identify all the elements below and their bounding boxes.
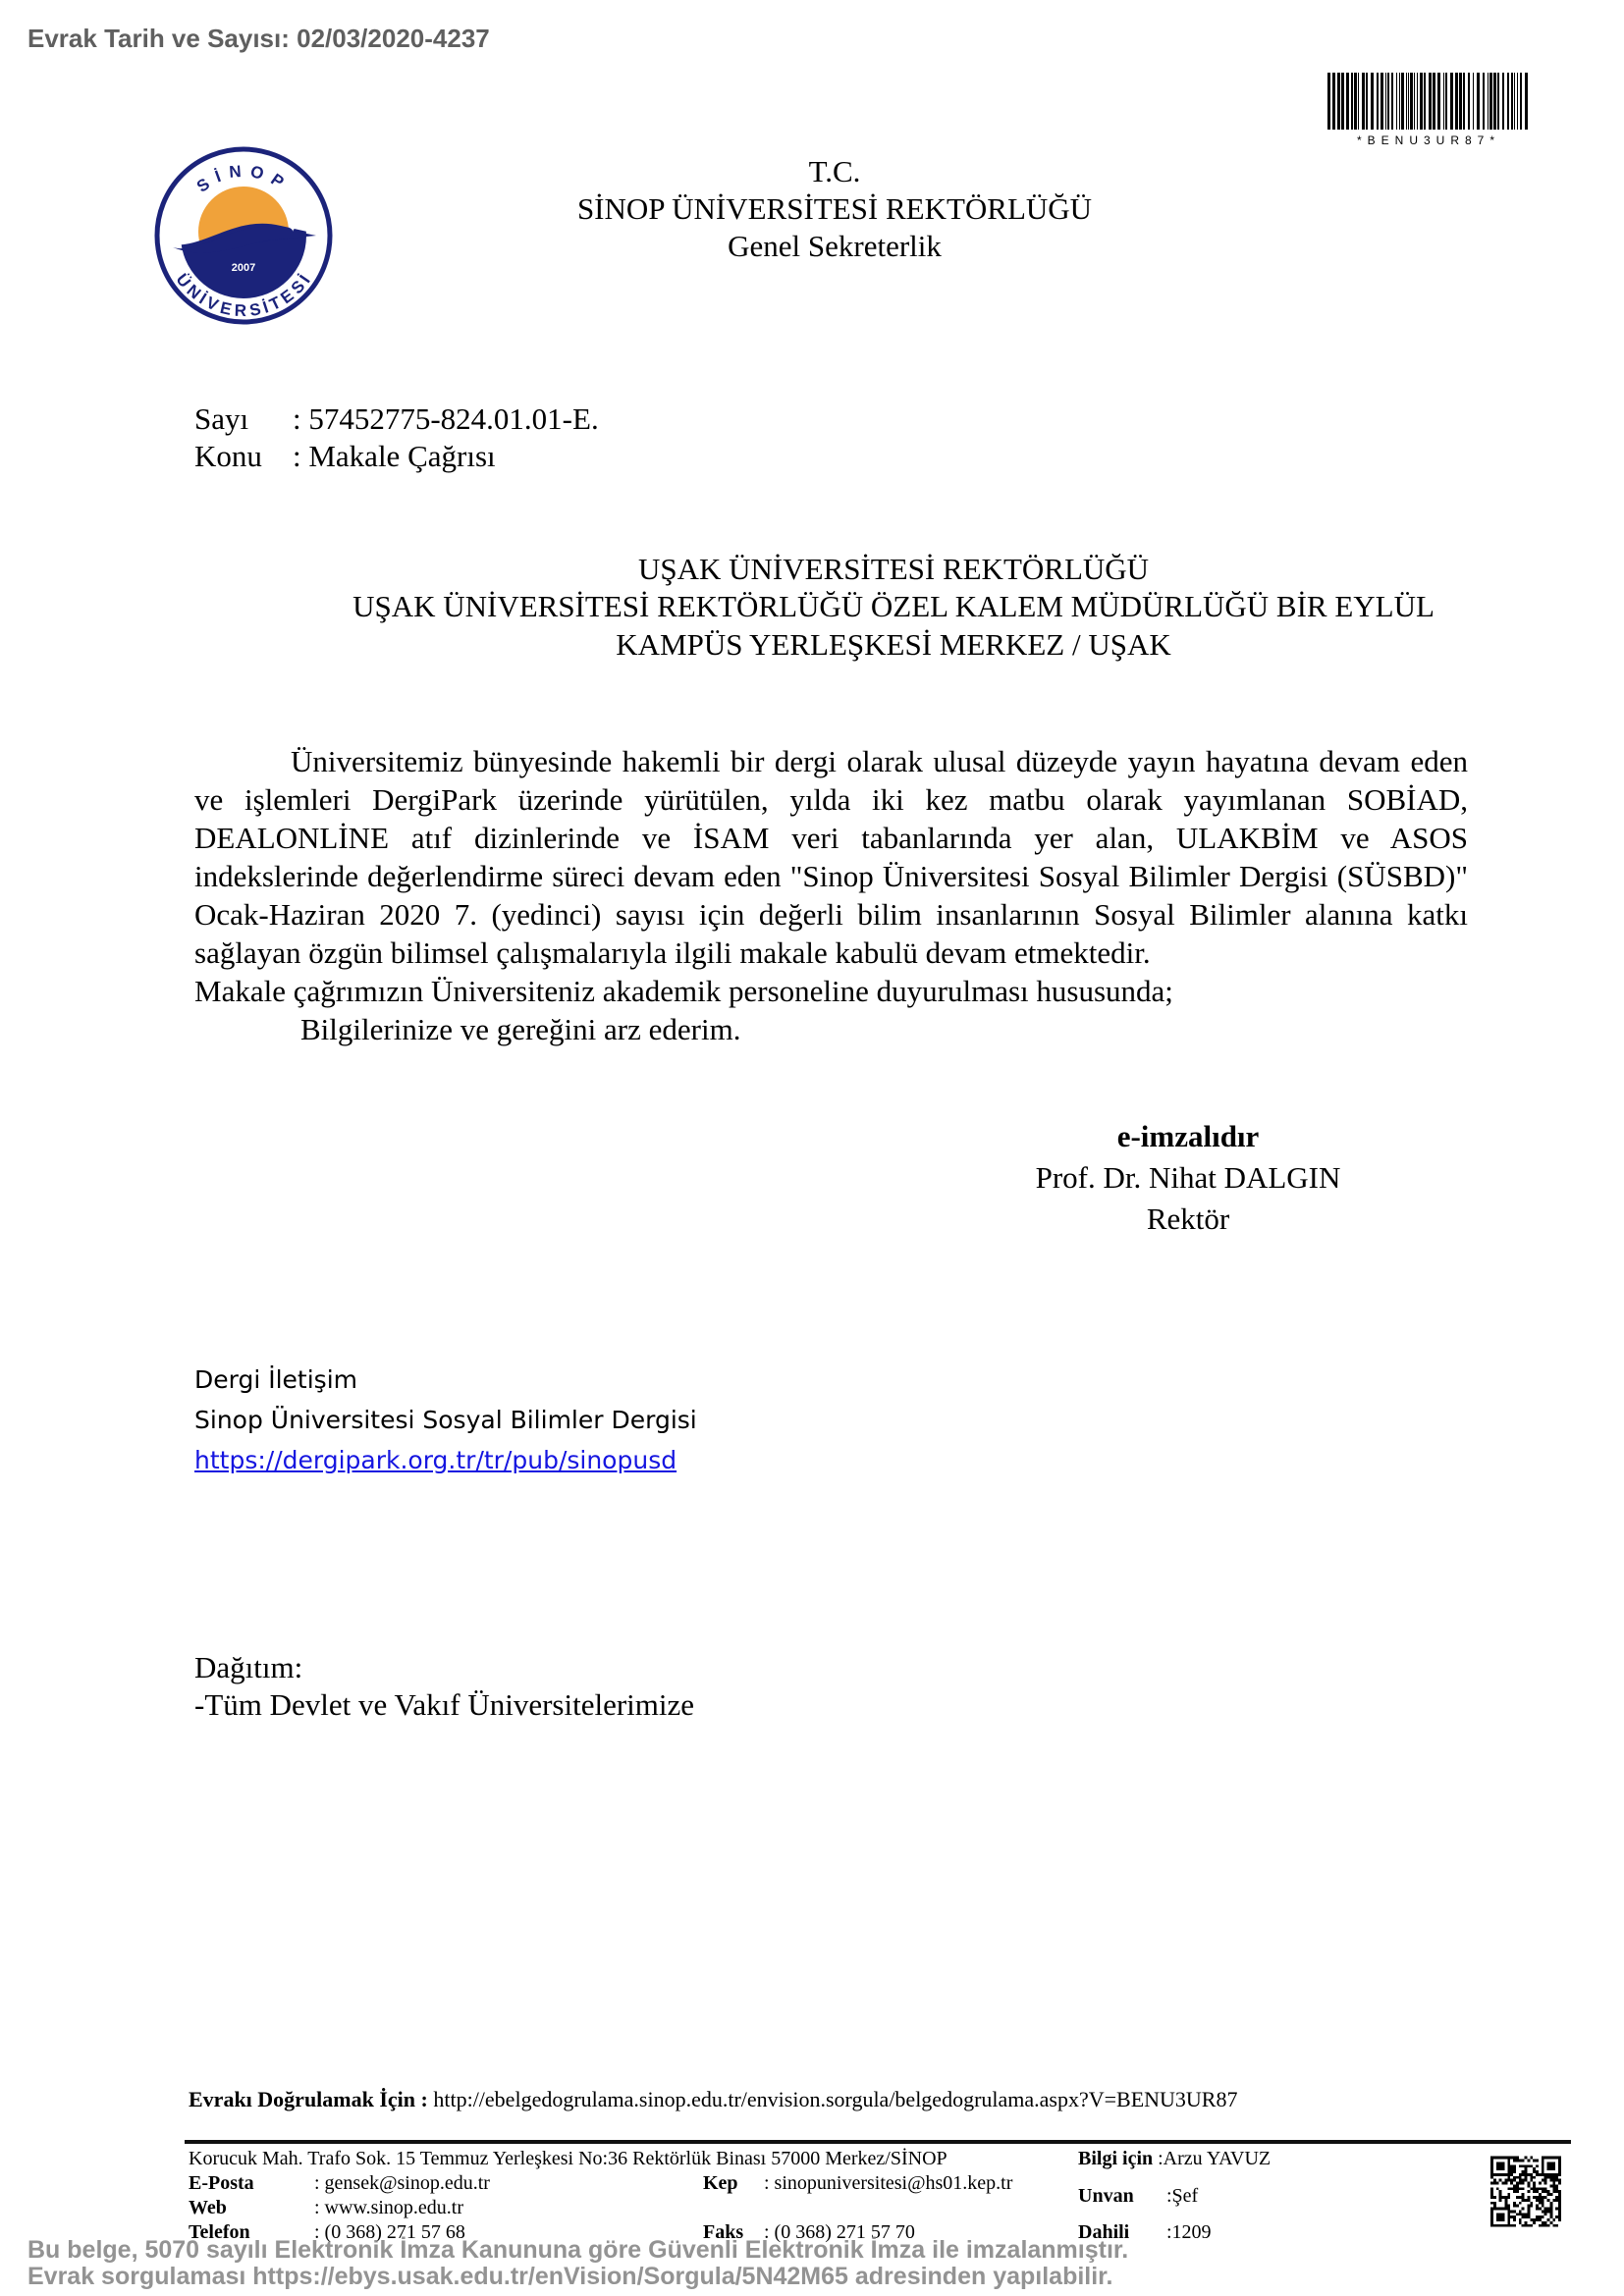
distribution-heading: Dağıtım: xyxy=(194,1649,302,1686)
body-paragraph: Üniversitemiz bünyesinde hakemli bir der… xyxy=(194,742,1468,972)
verification-line: Evrakı Doğrulamak İçin : http://ebelgedo… xyxy=(189,2087,1237,2112)
footer-divider xyxy=(185,2140,1571,2144)
footer-web-value: : www.sinop.edu.tr xyxy=(314,2196,463,2220)
qr-code-icon xyxy=(1490,2156,1561,2236)
footer-info-contact: Bilgi için :Arzu YAVUZ xyxy=(1078,2147,1271,2171)
footer-email-label: E-Posta xyxy=(189,2171,254,2196)
footer-title-label: Unvan xyxy=(1078,2184,1134,2209)
footer-kep-value: : sinopuniversitesi@hs01.kep.tr xyxy=(764,2171,1012,2196)
sayi-label: Sayı xyxy=(194,400,293,438)
document-subject: Konu: Makale Çağrısı xyxy=(194,438,496,475)
e-signature-status: e-imzalıdır xyxy=(982,1116,1394,1157)
recipient-line-1: UŞAK ÜNİVERSİTESİ REKTÖRLÜĞÜ xyxy=(0,551,1624,588)
konu-label: Konu xyxy=(194,438,293,475)
header-tc: T.C. xyxy=(0,153,1624,190)
sayi-value: : 57452775-824.01.01-E. xyxy=(293,401,599,436)
e-signature-watermark-line-2: Evrak sorgulaması https://ebys.usak.edu.… xyxy=(27,2263,1112,2291)
verification-url[interactable]: http://ebelgedogrulama.sinop.edu.tr/envi… xyxy=(433,2087,1237,2111)
signatory-name: Prof. Dr. Nihat DALGIN xyxy=(982,1157,1394,1199)
barcode-icon xyxy=(1326,73,1532,132)
barcode-text: *BENU3UR87* xyxy=(1326,133,1532,147)
footer-email-value: : gensek@sinop.edu.tr xyxy=(314,2171,490,2196)
qr-code xyxy=(1490,2156,1561,2236)
footer-kep-label: Kep xyxy=(703,2171,738,2196)
journal-link[interactable]: https://dergipark.org.tr/tr/pub/sinopusd xyxy=(194,1440,677,1480)
signatory-title: Rektör xyxy=(982,1199,1394,1240)
journal-contact-heading: Dergi İletişim xyxy=(194,1360,357,1400)
konu-value: : Makale Çağrısı xyxy=(293,439,496,473)
letter-body: Üniversitemiz bünyesinde hakemli bir der… xyxy=(194,742,1468,1048)
recipient-line-2: UŞAK ÜNİVERSİTESİ REKTÖRLÜĞÜ ÖZEL KALEM … xyxy=(0,588,1624,625)
footer-web-label: Web xyxy=(189,2196,227,2220)
footer-extension-value: :1209 xyxy=(1166,2220,1212,2245)
recipient-line-3: KAMPÜS YERLEŞKESİ MERKEZ / UŞAK xyxy=(0,626,1624,664)
footer-address: Korucuk Mah. Trafo Sok. 15 Temmuz Yerleş… xyxy=(189,2147,947,2171)
header-university: SİNOP ÜNİVERSİTESİ REKTÖRLÜĞÜ xyxy=(0,190,1624,228)
verification-label: Evrakı Doğrulamak İçin : xyxy=(189,2087,428,2111)
document-date-number-stamp: Evrak Tarih ve Sayısı: 02/03/2020-4237 xyxy=(27,24,490,54)
header-department: Genel Sekreterlik xyxy=(0,228,1624,265)
journal-name: Sinop Üniversitesi Sosyal Bilimler Dergi… xyxy=(194,1400,697,1440)
barcode: *BENU3UR87* xyxy=(1326,73,1532,147)
body-closing: Bilgilerinize ve gereğini arz ederim. xyxy=(194,1010,1468,1048)
document-number: Sayı: 57452775-824.01.01-E. xyxy=(194,400,599,438)
footer-title-value: :Şef xyxy=(1166,2184,1198,2209)
distribution-recipient: -Tüm Devlet ve Vakıf Üniversitelerimize xyxy=(194,1686,694,1724)
body-last-line: Makale çağrımızın Üniversiteniz akademik… xyxy=(194,972,1468,1010)
e-signature-watermark-line-1: Bu belge, 5070 sayılı Elektronik İmza Ka… xyxy=(27,2236,1128,2265)
